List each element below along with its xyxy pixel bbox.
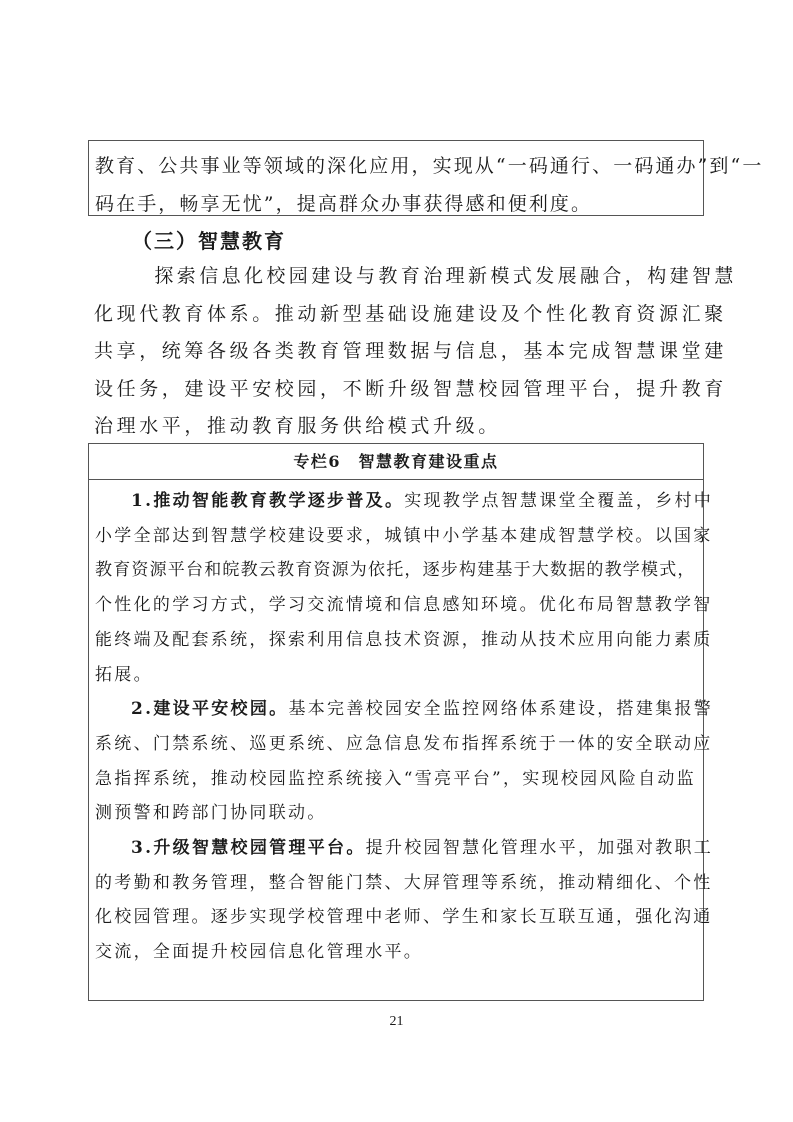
column-box-title: 专栏6 智慧教育建设重点 <box>89 444 703 480</box>
column-box-body: 1.推动智能教育教学逐步普及。实现教学点智慧课堂全覆盖，乡村中 小学全部达到智慧… <box>89 480 703 970</box>
item-3-text: 提升校园智慧化管理水平，加强对教职工 <box>366 838 713 858</box>
continued-box: 教育、公共事业等领域的深化应用，实现从“一码通行、一码通办”到“一 码在手，畅享… <box>88 140 704 216</box>
para-line: 共享，统筹各级各类教育管理数据与信息，基本完成智慧课堂建 <box>94 333 706 371</box>
item-line: 急指挥系统，推动校园监控系统接入“雪亮平台”，实现校园风险自动监 <box>95 762 697 797</box>
para-line: 设任务，建设平安校园，不断升级智慧校园管理平台，提升教育 <box>94 371 706 409</box>
item-line: 测预警和跨部门协同联动。 <box>95 796 697 831</box>
para-line: 探索信息化校园建设与教育治理新模式发展融合，构建智慧 <box>94 258 706 296</box>
box-line: 教育、公共事业等领域的深化应用，实现从“一码通行、一码通办”到“一 <box>95 147 697 185</box>
column-box-6: 专栏6 智慧教育建设重点 1.推动智能教育教学逐步普及。实现教学点智慧课堂全覆盖… <box>88 443 704 1001</box>
item-line: 化校园管理。逐步实现学校管理中老师、学生和家长互联互通，强化沟通 <box>95 900 697 935</box>
item-2-first-line: 2.建设平安校园。基本完善校园安全监控网络体系建设，搭建集报警 <box>95 692 697 727</box>
item-3-lead: 3.升级智慧校园管理平台。 <box>131 838 366 858</box>
item-3-first-line: 3.升级智慧校园管理平台。提升校园智慧化管理水平，加强对教职工 <box>95 831 697 866</box>
section-heading: （三）智慧教育 <box>132 222 286 260</box>
item-line: 的考勤和教务管理，整合智能门禁、大屏管理等系统，推动精细化、个性 <box>95 866 697 901</box>
item-line: 教育资源平台和皖教云教育资源为依托，逐步构建基于大数据的教学模式， <box>95 553 697 588</box>
section-paragraph: 探索信息化校园建设与教育治理新模式发展融合，构建智慧 化现代教育体系。推动新型基… <box>94 258 706 446</box>
item-line: 系统、门禁系统、巡更系统、应急信息发布指挥系统于一体的安全联动应 <box>95 727 697 762</box>
item-1-first-line: 1.推动智能教育教学逐步普及。实现教学点智慧课堂全覆盖，乡村中 <box>95 484 697 519</box>
item-line: 小学全部达到智慧学校建设要求，城镇中小学基本建成智慧学校。以国家 <box>95 519 697 554</box>
para-line: 化现代教育体系。推动新型基础设施建设及个性化教育资源汇聚 <box>94 296 706 334</box>
page-number: 21 <box>0 1014 793 1030</box>
item-2-text: 基本完善校园安全监控网络体系建设，搭建集报警 <box>288 699 713 719</box>
item-1-text: 实现教学点智慧课堂全覆盖，乡村中 <box>404 491 713 511</box>
item-1-lead: 1.推动智能教育教学逐步普及。 <box>131 491 404 511</box>
box-line: 码在手，畅享无忧”，提高群众办事获得感和便利度。 <box>95 185 697 223</box>
para-line: 治理水平，推动教育服务供给模式升级。 <box>94 408 706 446</box>
item-line: 交流，全面提升校园信息化管理水平。 <box>95 935 697 970</box>
item-line: 拓展。 <box>95 658 697 693</box>
item-line: 个性化的学习方式，学习交流情境和信息感知环境。优化布局智慧教学智 <box>95 588 697 623</box>
item-2-lead: 2.建设平安校园。 <box>131 699 288 719</box>
item-line: 能终端及配套系统，探索利用信息技术资源，推动从技术应用向能力素质 <box>95 623 697 658</box>
